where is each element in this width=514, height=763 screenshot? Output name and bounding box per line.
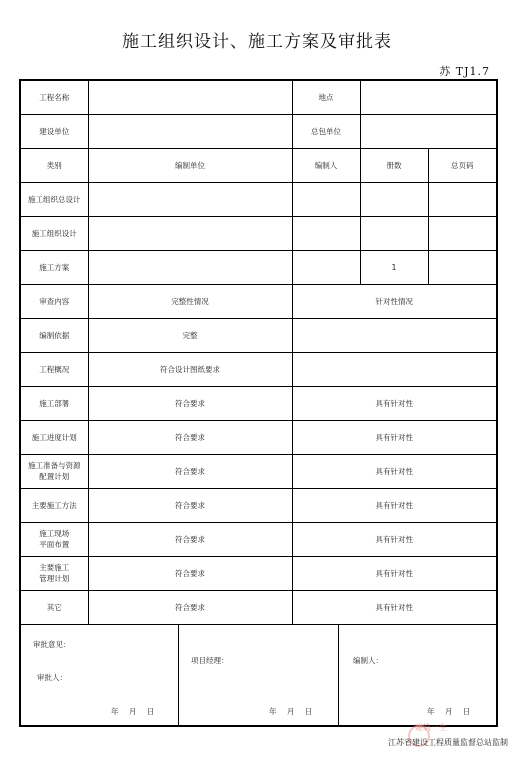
pertinence-cell[interactable]	[292, 352, 497, 386]
label-line-1: 施工现场	[21, 528, 88, 539]
approval-date: 年 月 日	[111, 706, 154, 717]
volumes-cell[interactable]	[360, 216, 428, 250]
review-item-label: 编制依据	[20, 318, 88, 352]
completeness-cell[interactable]: 符合要求	[88, 386, 292, 420]
row-signatures: 审批意见： 审批人： 年 月 日 项目经理： 年 月 日 编制人： 年 月 日	[20, 624, 497, 726]
category-cell: 施工方案	[20, 250, 88, 284]
pertinence-cell[interactable]: 具有针对性	[292, 386, 497, 420]
category-cell: 施工组织设计	[20, 216, 88, 250]
completeness-cell[interactable]: 符合要求	[88, 590, 292, 624]
location-label: 地点	[292, 80, 360, 114]
approval-opinion-label: 审批意见：	[33, 639, 71, 650]
table-row: 施工部署 符合要求 具有针对性	[20, 386, 497, 420]
table-row: 施工组织总设计	[20, 182, 497, 216]
table-row: 施工组织设计	[20, 216, 497, 250]
completeness-cell[interactable]: 符合要求	[88, 556, 292, 590]
review-item-label: 其它	[20, 590, 88, 624]
label-line-1: 施工准备与资源	[21, 460, 88, 471]
page-title: 施工组织设计、施工方案及审批表	[0, 27, 514, 52]
completeness-cell[interactable]: 符合要求	[88, 522, 292, 556]
author-cell[interactable]	[292, 216, 360, 250]
pertinence-cell[interactable]	[292, 318, 497, 352]
pertinence-cell[interactable]: 具有针对性	[292, 556, 497, 590]
construction-unit-field[interactable]	[88, 114, 292, 148]
completeness-header: 完整性情况	[88, 284, 292, 318]
total-pages-header: 总页码	[428, 148, 497, 182]
unit-header: 编制单位	[88, 148, 292, 182]
completeness-cell[interactable]: 符合要求	[88, 454, 292, 488]
row-project-name: 工程名称 地点	[20, 80, 497, 114]
pertinence-cell[interactable]: 具有针对性	[292, 590, 497, 624]
table-row: 工程概况 符合设计图纸要求	[20, 352, 497, 386]
row-doc-header: 类别 编制单位 编制人 册数 总页码	[20, 148, 497, 182]
approval-section[interactable]: 审批意见： 审批人： 年 月 日	[21, 625, 179, 725]
project-name-field[interactable]	[88, 80, 292, 114]
project-manager-section[interactable]: 项目经理： 年 月 日	[179, 625, 339, 725]
approval-form-table: 工程名称 地点 建设单位 总包单位 类别 编制单位 编制人 册数 总页码 施工组…	[19, 79, 498, 727]
volumes-header: 册数	[360, 148, 428, 182]
table-row: 主要施工 管理计划 符合要求 具有针对性	[20, 556, 497, 590]
review-item-label: 施工进度计划	[20, 420, 88, 454]
unit-cell[interactable]	[88, 182, 292, 216]
label-line-2: 平面布置	[21, 539, 88, 550]
completeness-cell[interactable]: 符合要求	[88, 420, 292, 454]
review-item-label: 施工现场 平面布置	[20, 522, 88, 556]
table-row: 施工准备与资源 配置计划 符合要求 具有针对性	[20, 454, 497, 488]
project-manager-label: 项目经理：	[191, 655, 229, 666]
completeness-cell[interactable]: 完整	[88, 318, 292, 352]
review-item-label: 施工准备与资源 配置计划	[20, 454, 88, 488]
pertinence-cell[interactable]: 具有针对性	[292, 420, 497, 454]
approver-label: 审批人：	[37, 672, 67, 683]
contractor-label: 总包单位	[292, 114, 360, 148]
completeness-cell[interactable]: 符合设计图纸要求	[88, 352, 292, 386]
form-code: 苏 TJ1.7	[439, 63, 490, 79]
total-pages-cell[interactable]	[428, 216, 497, 250]
project-manager-date: 年 月 日	[269, 706, 312, 717]
row-review-header: 审查内容 完整性情况 针对性情况	[20, 284, 497, 318]
author-cell[interactable]	[292, 182, 360, 216]
completeness-cell[interactable]: 符合要求	[88, 488, 292, 522]
contractor-field[interactable]	[360, 114, 497, 148]
pertinence-cell[interactable]: 具有针对性	[292, 488, 497, 522]
author-section[interactable]: 编制人： 年 月 日	[339, 625, 496, 725]
category-cell: 施工组织总设计	[20, 182, 88, 216]
label-line-2: 配置计划	[21, 471, 88, 482]
table-row: 施工进度计划 符合要求 具有针对性	[20, 420, 497, 454]
author-header: 编制人	[292, 148, 360, 182]
construction-unit-label: 建设单位	[20, 114, 88, 148]
pertinence-cell[interactable]: 具有针对性	[292, 522, 497, 556]
table-row: 施工现场 平面布置 符合要求 具有针对性	[20, 522, 497, 556]
review-content-header: 审查内容	[20, 284, 88, 318]
review-item-label: 主要施工 管理计划	[20, 556, 88, 590]
table-row: 编制依据 完整	[20, 318, 497, 352]
category-header: 类别	[20, 148, 88, 182]
location-field[interactable]	[360, 80, 497, 114]
row-construction-unit: 建设单位 总包单位	[20, 114, 497, 148]
label-line-1: 主要施工	[21, 562, 88, 573]
total-pages-cell[interactable]	[428, 250, 497, 284]
table-row: 施工方案 1	[20, 250, 497, 284]
signature-area: 审批意见： 审批人： 年 月 日 项目经理： 年 月 日 编制人： 年 月 日	[20, 624, 497, 726]
author-cell[interactable]	[292, 250, 360, 284]
volumes-cell[interactable]	[360, 182, 428, 216]
unit-cell[interactable]	[88, 216, 292, 250]
author-date: 年 月 日	[427, 706, 470, 717]
label-line-2: 管理计划	[21, 573, 88, 584]
unit-cell[interactable]	[88, 250, 292, 284]
watermark: 建筑一生	[415, 722, 447, 733]
table-row: 主要施工方法 符合要求 具有针对性	[20, 488, 497, 522]
table-row: 其它 符合要求 具有针对性	[20, 590, 497, 624]
pertinence-cell[interactable]: 具有针对性	[292, 454, 497, 488]
pertinence-header: 针对性情况	[292, 284, 497, 318]
review-item-label: 施工部署	[20, 386, 88, 420]
total-pages-cell[interactable]	[428, 182, 497, 216]
project-name-label: 工程名称	[20, 80, 88, 114]
review-item-label: 工程概况	[20, 352, 88, 386]
author-sign-label: 编制人：	[353, 655, 383, 666]
volumes-cell[interactable]: 1	[360, 250, 428, 284]
review-item-label: 主要施工方法	[20, 488, 88, 522]
issuer-note: 江苏省建设工程质量监督总站监制	[388, 737, 508, 748]
